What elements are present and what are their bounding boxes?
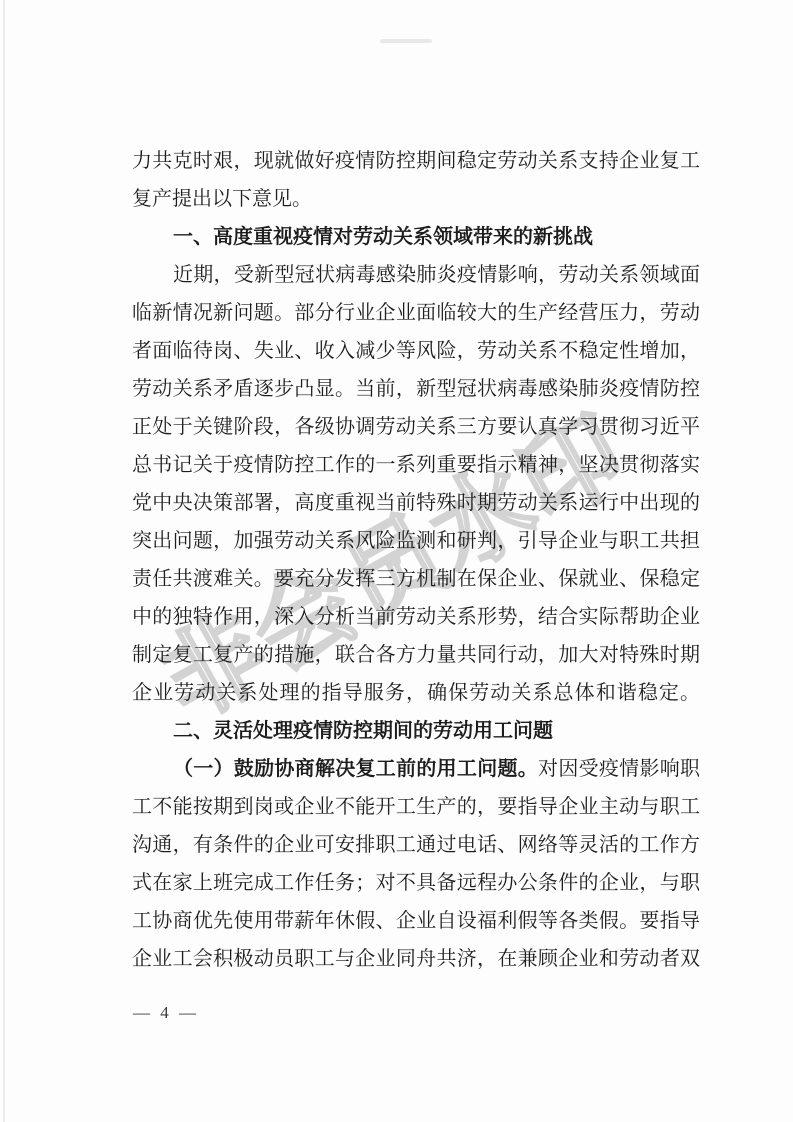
document-page: { "page": { "watermark_text": "非会员水印", "… (0, 0, 793, 1122)
text-line: 企业工会积极动员职工与企业同舟共济，在兼顾企业和劳动者双 (132, 940, 700, 978)
text-run: 者面临待岗、失业、收入减少等风险，劳动关系不稳定性增加， (132, 340, 700, 362)
text-run: 工协商优先使用带薪年休假、企业自设福利假等各类假。要指导 (132, 910, 700, 932)
text-line: 沟通，有条件的企业可安排职工通过电话、网络等灵活的工作方 (132, 826, 700, 864)
text-line: 企业劳动关系处理的指导服务，确保劳动关系总体和谐稳定。 (132, 674, 700, 712)
text-line: 责任共渡难关。要充分发挥三方机制在保企业、保就业、保稳定 (132, 560, 700, 598)
text-line: 工协商优先使用带薪年休假、企业自设福利假等各类假。要指导 (132, 902, 700, 940)
text-line: 复产提出以下意见。 (132, 180, 700, 218)
text-line: 正处于关键阶段，各级协调劳动关系三方要认真学习贯彻习近平 (132, 408, 700, 446)
text-run: 企业工会积极动员职工与企业同舟共济，在兼顾企业和劳动者双 (132, 948, 700, 970)
text-run: 一、高度重视疫情对劳动关系领域带来的新挑战 (173, 226, 593, 248)
text-run: 劳动关系矛盾逐步凸显。当前，新型冠状病毒感染肺炎疫情防控 (132, 378, 700, 400)
text-run: 企业劳动关系处理的指导服务，确保劳动关系总体和谐稳定。 (132, 682, 700, 704)
text-run: 党中央决策部署，高度重视当前特殊时期劳动关系运行中出现的 (132, 492, 700, 514)
text-line: 临新情况新问题。部分行业企业面临较大的生产经营压力，劳动 (132, 294, 700, 332)
text-run: 二、灵活处理疫情防控期间的劳动用工问题 (173, 720, 553, 742)
text-line: 中的独特作用，深入分析当前劳动关系形势，结合实际帮助企业 (132, 598, 700, 636)
text-run: （一）鼓励协商解决复工前的用工问题。 (173, 758, 538, 780)
text-line: （一）鼓励协商解决复工前的用工问题。对因受疫情影响职 (132, 750, 700, 788)
text-line: 力共克时艰，现就做好疫情防控期间稳定劳动关系支持企业复工 (132, 142, 700, 180)
text-run: 临新情况新问题。部分行业企业面临较大的生产经营压力，劳动 (132, 302, 700, 324)
text-run: 工不能按期到岗或企业不能开工生产的，要指导企业主动与职工 (132, 796, 700, 818)
text-run: 突出问题，加强劳动关系风险监测和研判，引导企业与职工共担 (132, 530, 700, 552)
text-run: 沟通，有条件的企业可安排职工通过电话、网络等灵活的工作方 (132, 834, 700, 856)
text-run: 制定复工复产的措施，联合各方力量共同行动，加大对特殊时期 (132, 644, 700, 666)
text-line: 者面临待岗、失业、收入减少等风险，劳动关系不稳定性增加， (132, 332, 700, 370)
text-line: 近期，受新型冠状病毒感染肺炎疫情影响，劳动关系领域面 (132, 256, 700, 294)
scan-artifact-edge-line (3, 0, 5, 1122)
text-run: 近期，受新型冠状病毒感染肺炎疫情影响，劳动关系领域面 (173, 264, 700, 286)
text-line: 工不能按期到岗或企业不能开工生产的，要指导企业主动与职工 (132, 788, 700, 826)
text-line: 制定复工复产的措施，联合各方力量共同行动，加大对特殊时期 (132, 636, 700, 674)
section-heading: 一、高度重视疫情对劳动关系领域带来的新挑战 (132, 218, 700, 256)
scan-artifact-smudge (380, 39, 432, 43)
text-run: 总书记关于疫情防控工作的一系列重要指示精神，坚决贯彻落实 (132, 454, 700, 476)
section-heading: 二、灵活处理疫情防控期间的劳动用工问题 (132, 712, 700, 750)
text-run: 式在家上班完成工作任务；对不具备远程办公条件的企业，与职 (132, 872, 700, 894)
text-line: 总书记关于疫情防控工作的一系列重要指示精神，坚决贯彻落实 (132, 446, 700, 484)
page-number: — 4 — (133, 1000, 199, 1026)
text-run: 对因受疫情影响职 (538, 758, 700, 780)
text-run: 力共克时艰，现就做好疫情防控期间稳定劳动关系支持企业复工 (132, 150, 700, 172)
text-line: 党中央决策部署，高度重视当前特殊时期劳动关系运行中出现的 (132, 484, 700, 522)
text-run: 中的独特作用，深入分析当前劳动关系形势，结合实际帮助企业 (132, 606, 700, 628)
text-run: 复产提出以下意见。 (132, 188, 312, 210)
document-body: 力共克时艰，现就做好疫情防控期间稳定劳动关系支持企业复工复产提出以下意见。一、高… (132, 142, 700, 978)
text-run: 正处于关键阶段，各级协调劳动关系三方要认真学习贯彻习近平 (132, 416, 700, 438)
text-line: 式在家上班完成工作任务；对不具备远程办公条件的企业，与职 (132, 864, 700, 902)
text-line: 突出问题，加强劳动关系风险监测和研判，引导企业与职工共担 (132, 522, 700, 560)
text-line: 劳动关系矛盾逐步凸显。当前，新型冠状病毒感染肺炎疫情防控 (132, 370, 700, 408)
text-run: 责任共渡难关。要充分发挥三方机制在保企业、保就业、保稳定 (132, 568, 700, 590)
